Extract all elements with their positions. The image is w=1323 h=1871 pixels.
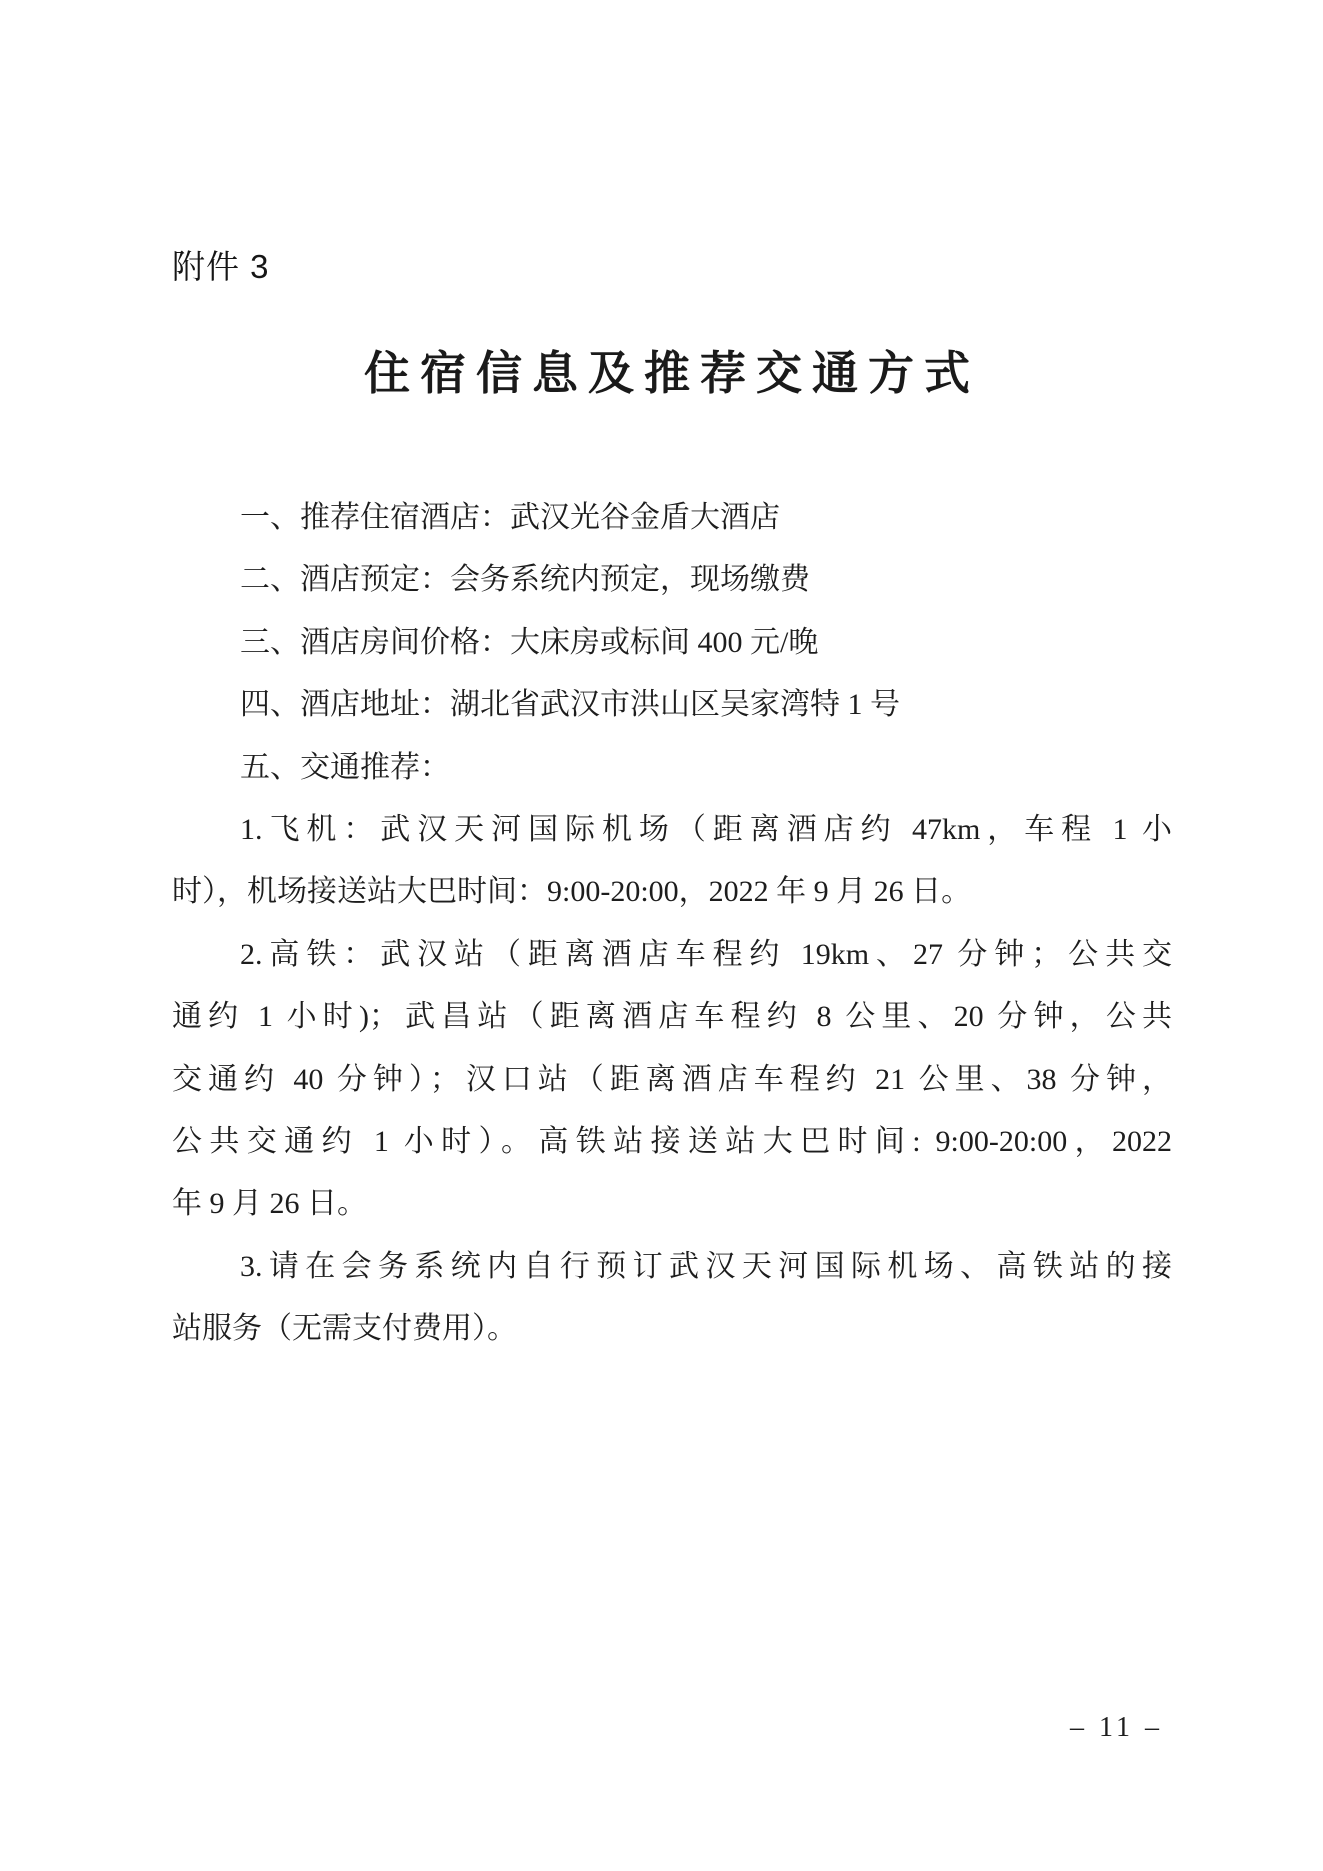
body-line: 交通约 40 分钟）；汉口站（距离酒店车程约 21 公里、38 分钟，	[172, 1049, 1172, 1111]
body-line: 3.请在会务系统内自行预订武汉天河国际机场、高铁站的接	[172, 1236, 1172, 1298]
body-line: 四、酒店地址：湖北省武汉市洪山区吴家湾特 1 号	[172, 674, 1172, 736]
body-line: 1.飞机：武汉天河国际机场（距离酒店约 47km，车程 1 小	[172, 799, 1172, 861]
attachment-label: 附件 3	[172, 248, 270, 285]
body-line: 五、交通推荐：	[172, 737, 1172, 799]
body-line: 站服务（无需支付费用）。	[172, 1298, 1172, 1360]
body-line: 时），机场接送站大巴时间：9:00-20:00，2022 年 9 月 26 日。	[172, 861, 1172, 923]
body-line: 2.高铁：武汉站（距离酒店车程约 19km、27 分钟；公共交	[172, 924, 1172, 986]
page-title: 住宿信息及推荐交通方式	[172, 346, 1172, 402]
body-line: 一、推荐住宿酒店：武汉光谷金盾大酒店	[172, 487, 1172, 549]
body-line: 年 9 月 26 日。	[172, 1173, 1172, 1235]
page-number: – 11 –	[1070, 1712, 1163, 1744]
body-line: 公共交通约 1 小时）。高铁站接送站大巴时间: 9:00-20:00，2022	[172, 1111, 1172, 1173]
document-page: 附件 3 住宿信息及推荐交通方式 一、推荐住宿酒店：武汉光谷金盾大酒店二、酒店预…	[0, 0, 1323, 1871]
body-line: 三、酒店房间价格：大床房或标间 400 元/晚	[172, 612, 1172, 674]
body-line: 通约 1 小时)；武昌站（距离酒店车程约 8 公里、20 分钟，公共	[172, 986, 1172, 1048]
document-body: 一、推荐住宿酒店：武汉光谷金盾大酒店二、酒店预定：会务系统内预定，现场缴费三、酒…	[172, 487, 1172, 1360]
body-line: 二、酒店预定：会务系统内预定，现场缴费	[172, 549, 1172, 611]
